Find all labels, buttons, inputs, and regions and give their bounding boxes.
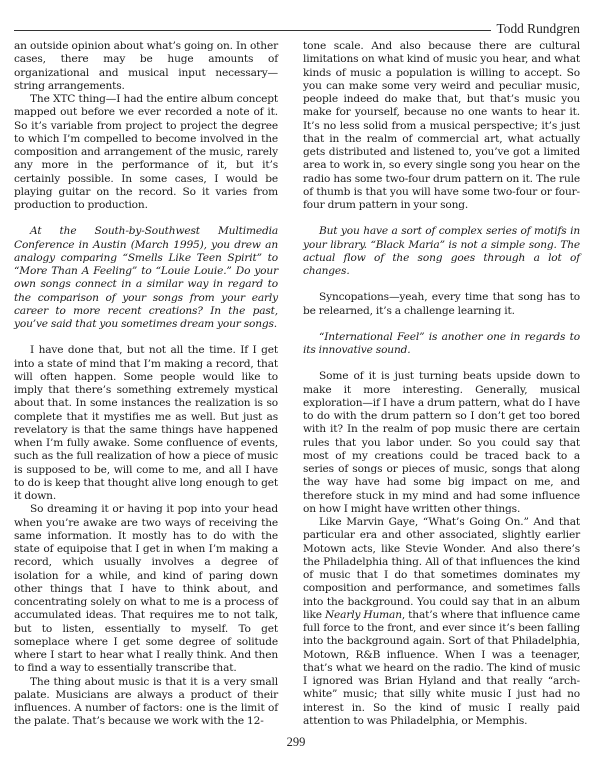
interview-question-international-feel: “International Feel” is another one in r… (303, 331, 580, 358)
paragraph-syncopations: Syncopations—yeah, every time that song … (303, 291, 580, 318)
paragraph-dream-answer: I have done that, but not all the time. … (14, 344, 278, 503)
paragraph-dreaming: So dreaming it or having it pop into you… (14, 503, 278, 675)
paragraph-palate: The thing about music is that it is a ve… (14, 676, 278, 729)
paragraph-continued: an outside opinion about what’s going on… (14, 40, 278, 93)
interview-question-sxsw: At the South-by-Southwest Multimedia Con… (14, 225, 278, 331)
interview-question-black-maria: But you have a sort of complex series of… (303, 225, 580, 278)
left-column: an outside opinion about what’s going on… (14, 40, 278, 729)
paragraph-beats: Some of it is just turning beats upside … (303, 370, 580, 516)
running-head-author: Todd Rundgren (497, 21, 581, 37)
page-number: 299 (0, 735, 592, 750)
text-segment: , that’s where that influence came full … (303, 609, 580, 727)
paragraph-xtc: The XTC thing—I had the entire album con… (14, 93, 278, 212)
running-head: Todd Rundgren (14, 20, 580, 38)
paragraph-tone-scale: tone scale. And also because there are c… (303, 40, 580, 212)
text-segment: Like Marvin Gaye, “What’s Going On.” And… (303, 516, 580, 621)
album-title: Nearly Human (325, 609, 402, 621)
right-column: tone scale. And also because there are c… (303, 40, 580, 728)
header-rule (14, 30, 491, 31)
paragraph-marvin-gaye: Like Marvin Gaye, “What’s Going On.” And… (303, 516, 580, 728)
